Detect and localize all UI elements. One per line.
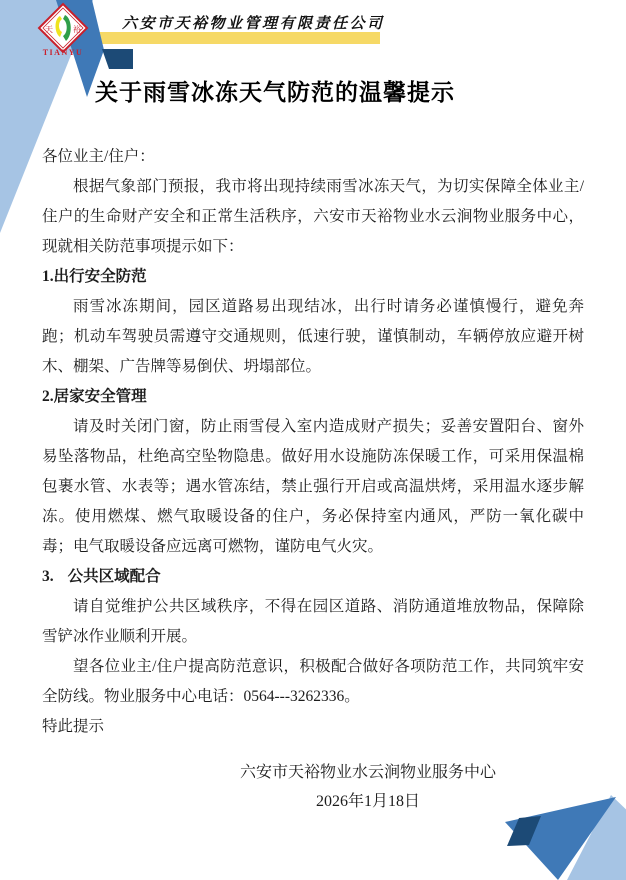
logo-char-left: 天 xyxy=(45,25,53,34)
section-2-heading: 2.居家安全管理 xyxy=(42,382,584,412)
closing-remark: 特此提示 xyxy=(42,712,584,742)
signature-block: 六安市天裕物业水云涧物业服务中心 2026年1月18日 xyxy=(240,758,496,816)
logo-char-right: 裕 xyxy=(73,24,81,34)
section-2-paragraph: 请及时关闭门窗，防止雨雪侵入室内造成财产损失；妥善安置阳台、窗外易坠落物品，杜绝… xyxy=(42,412,584,562)
bottom-right-light-triangle xyxy=(567,795,626,880)
section-1-number: 1. xyxy=(42,268,54,285)
document-body: 各位业主/住户： 根据气象部门预报，我市将出现持续雨雪冰冻天气，为切实保障全体业… xyxy=(42,142,584,742)
section-2-number: 2. xyxy=(42,388,54,405)
page-title: 关于雨雪冰冻天气防范的温馨提示 xyxy=(0,78,550,108)
top-left-navy-shape xyxy=(102,49,133,69)
section-1-paragraph: 雨雪冰冻期间，园区道路易出现结冰，出行时请务必谨慎慢行，避免奔跑；机动车驾驶员需… xyxy=(42,292,584,382)
section-3-heading: 3.公共区域配合 xyxy=(42,562,584,592)
section-3-number: 3. xyxy=(42,568,54,585)
header-yellow-bar xyxy=(96,32,380,44)
bottom-right-navy-shape xyxy=(507,816,541,846)
signature-org: 六安市天裕物业水云涧物业服务中心 xyxy=(240,758,496,787)
header-company-name: 六安市天裕物业管理有限责任公司 xyxy=(122,12,385,33)
notice-document: 天 裕 TIANYU 六安市天裕物业管理有限责任公司 关于雨雪冰冻天气防范的温馨… xyxy=(0,0,626,880)
section-2-title: 居家安全管理 xyxy=(54,388,147,405)
company-logo-icon: 天 裕 TIANYU xyxy=(36,2,90,60)
intro-paragraph: 根据气象部门预报，我市将出现持续雨雪冰冻天气，为切实保障全体业主/住户的生命财产… xyxy=(42,172,584,262)
outro-paragraph: 望各位业主/住户提高防范意识，积极配合做好各项防范工作，共同筑牢安全防线。物业服… xyxy=(42,652,584,712)
salutation: 各位业主/住户： xyxy=(42,142,584,172)
section-3-title: 公共区域配合 xyxy=(68,568,161,585)
section-3-paragraph: 请自觉维护公共区域秩序，不得在园区道路、消防通道堆放物品，保障除雪铲冰作业顺利开… xyxy=(42,592,584,652)
signature-date: 2026年1月18日 xyxy=(240,787,496,816)
bottom-right-mid-triangle xyxy=(505,797,616,880)
section-1-heading: 1.出行安全防范 xyxy=(42,262,584,292)
logo-caption: TIANYU xyxy=(43,48,84,57)
section-1-title: 出行安全防范 xyxy=(54,268,147,285)
